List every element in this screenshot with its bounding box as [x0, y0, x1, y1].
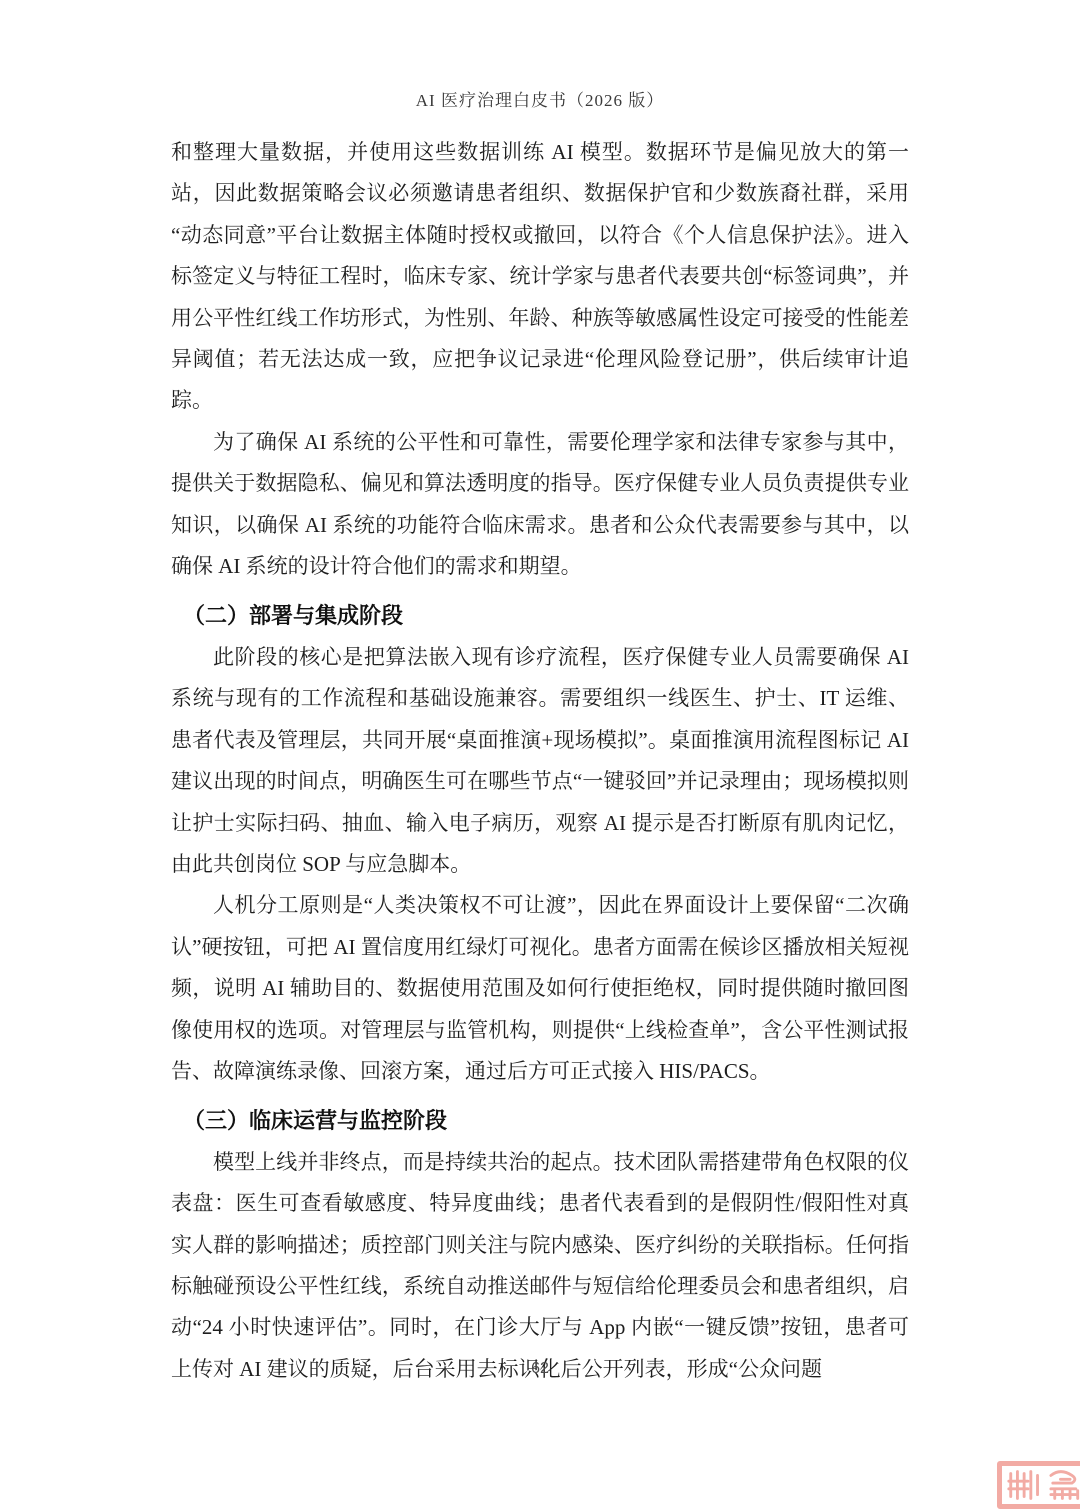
document-page: AI 医疗治理白皮书（2026 版） 和整理大量数据，并使用这些数据训练 AI … [0, 0, 1080, 1512]
paragraph: 为了确保 AI 系统的公平性和可靠性，需要伦理学家和法律专家参与其中，提供关于数… [171, 422, 909, 588]
document-body: 和整理大量数据，并使用这些数据训练 AI 模型。数据环节是偏见放大的第一站，因此… [171, 132, 909, 1390]
paragraph-continued: 和整理大量数据，并使用这些数据训练 AI 模型。数据环节是偏见放大的第一站，因此… [171, 132, 909, 422]
page-number: 62 [0, 1360, 1080, 1378]
section-heading-deployment: （二）部署与集成阶段 [171, 595, 909, 636]
seal-stamp-icon [997, 1461, 1080, 1509]
section-heading-operations: （三）临床运营与监控阶段 [171, 1100, 909, 1141]
paragraph: 人机分工原则是“人类决策权不可让渡”，因此在界面设计上要保留“二次确认”硬按钮，… [171, 885, 909, 1092]
paragraph: 模型上线并非终点，而是持续共治的起点。技术团队需搭建带角色权限的仪表盘：医生可查… [171, 1142, 909, 1390]
page-header: AI 医疗治理白皮书（2026 版） [0, 86, 1080, 111]
paragraph: 此阶段的核心是把算法嵌入现有诊疗流程，医疗保健专业人员需要确保 AI 系统与现有… [171, 637, 909, 885]
